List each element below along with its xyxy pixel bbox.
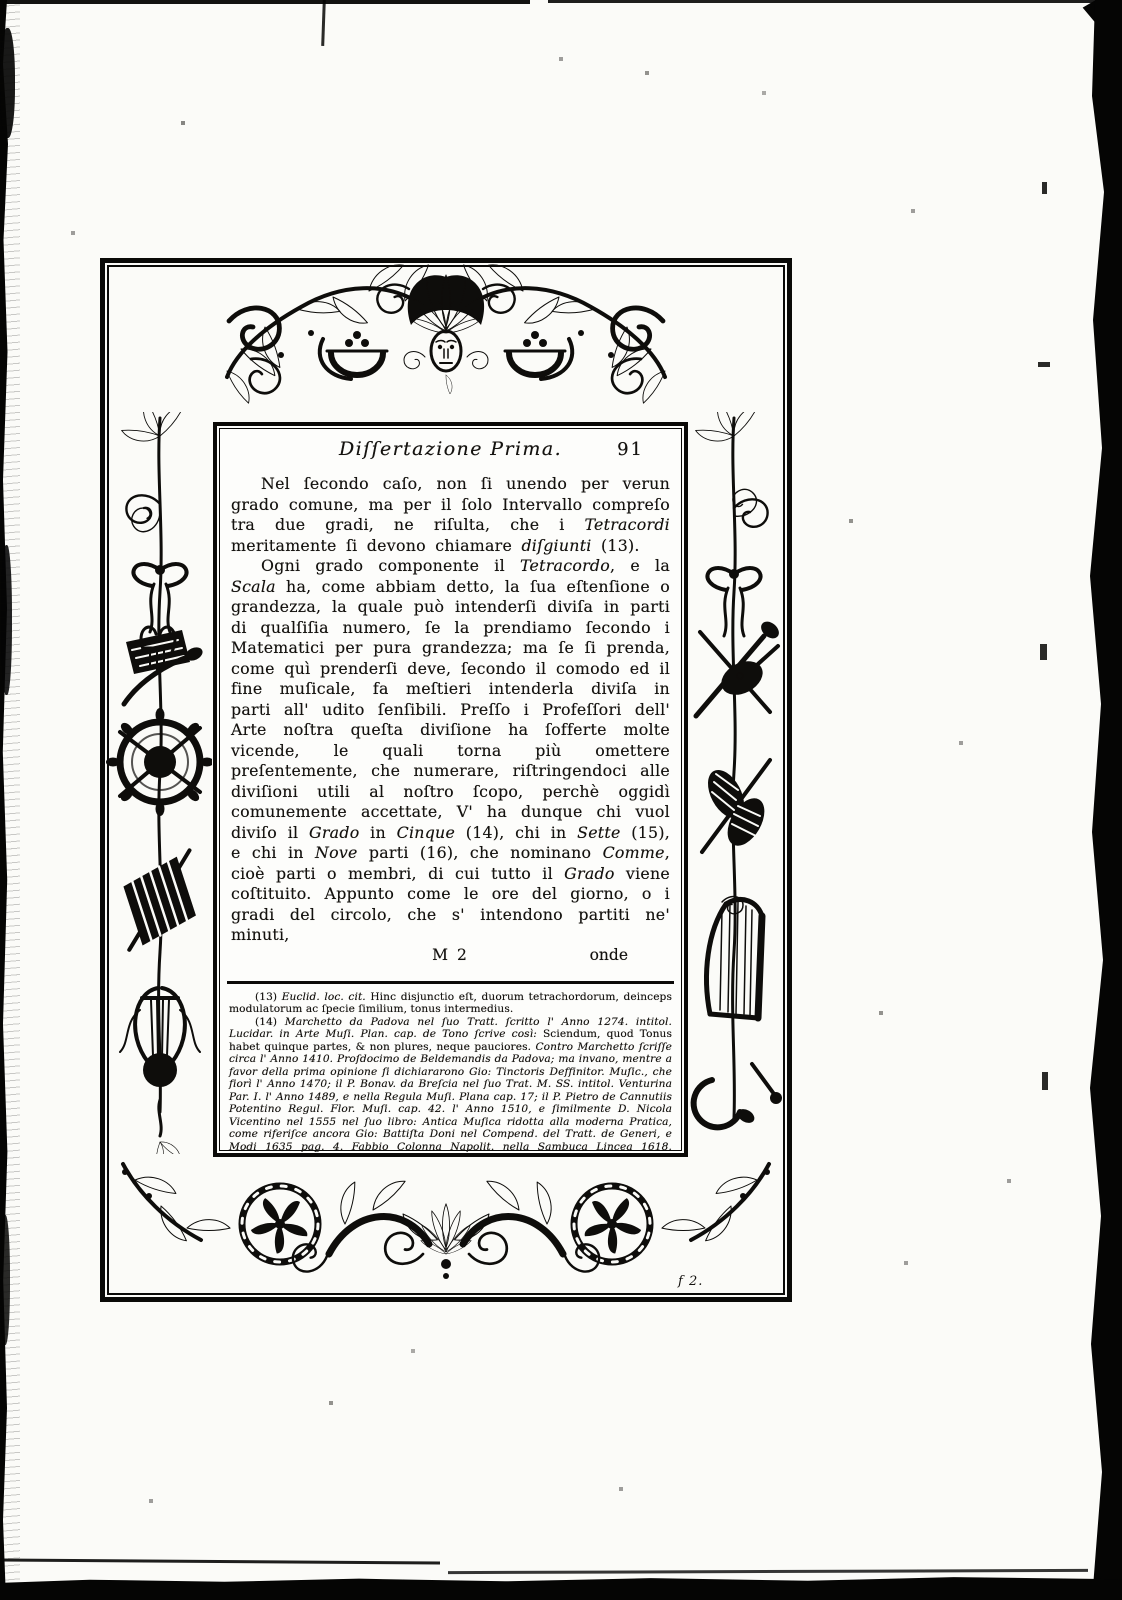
footnotes: (13) Euclid. loc. cit. Hinc disjunctio e… <box>223 991 678 1158</box>
scan-mark <box>1040 644 1047 660</box>
right-ornament-band <box>684 412 786 1154</box>
plate-mark: f 2. <box>678 1274 703 1289</box>
footnote: (14) Marchetto da Padova nel ſuo Tratt. … <box>229 1016 672 1158</box>
footnote: (13) Euclid. loc. cit. Hinc disjunctio e… <box>229 991 672 1016</box>
scan-edge-bottom <box>0 1574 1122 1600</box>
scanned-book-page: Diſſertazione Prima. 91 Nel ſecondo caſo… <box>0 0 1122 1600</box>
scan-mark <box>1042 182 1047 194</box>
page-number: 91 <box>617 439 644 460</box>
signature-row: M 2 onde <box>223 946 678 967</box>
catchword: onde <box>590 946 628 964</box>
scan-edge-top <box>548 0 1122 3</box>
trophy-cord <box>733 418 736 1118</box>
scan-edge-top <box>0 0 530 4</box>
scan-edge-right <box>1072 0 1122 1600</box>
paper-speckles <box>0 0 2 2</box>
scan-line <box>448 1569 1088 1574</box>
left-ornament-band <box>106 412 212 1154</box>
page-title: Diſſertazione Prima. <box>223 438 678 460</box>
scan-scratch <box>321 0 326 46</box>
torn-paper-edge <box>0 0 20 1600</box>
text-panel: Diſſertazione Prima. 91 Nel ſecondo caſo… <box>213 422 688 1157</box>
tambourine-icon <box>106 708 212 816</box>
scan-mark <box>1038 362 1050 367</box>
footnote-rule <box>227 981 674 984</box>
body-paragraph: Ogni grado componente il Tetracordo, e l… <box>231 556 670 946</box>
scan-line <box>0 1558 440 1564</box>
lute-icon <box>701 760 772 852</box>
hunting-horn-icon <box>694 1064 782 1127</box>
scan-mark <box>1042 1072 1048 1090</box>
body-text: Nel ſecondo caſo, non ſi unendo per veru… <box>223 474 678 946</box>
running-header: Diſſertazione Prima. 91 <box>223 438 678 468</box>
body-paragraph: Nel ſecondo caſo, non ſi unendo per veru… <box>231 474 670 556</box>
mascaron-face-icon <box>404 275 488 394</box>
top-ornament-band <box>105 263 787 415</box>
